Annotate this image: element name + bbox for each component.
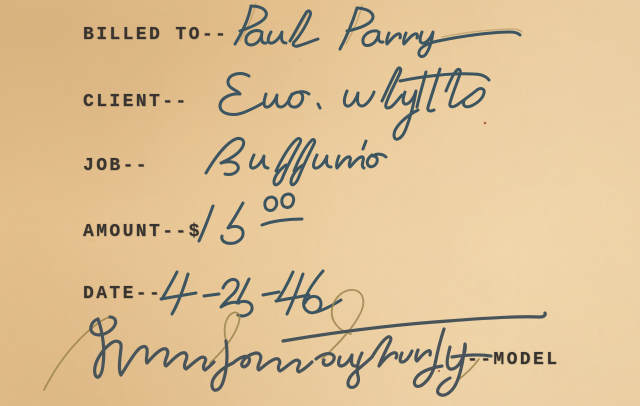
fiber-speck <box>559 199 561 201</box>
fiber-speck <box>519 89 520 90</box>
handwriting-layer <box>0 0 640 406</box>
fiber-speck <box>359 391 360 392</box>
fiber-speck <box>59 119 60 120</box>
fiber-speck <box>89 239 91 241</box>
fiber-speck <box>299 59 300 60</box>
red-speck <box>438 370 440 372</box>
red-speck <box>484 122 487 125</box>
paper-speckle-texture <box>0 0 640 406</box>
receipt-paper: BILLED TO-- CLIENT-- JOB-- AMOUNT--$ DAT… <box>0 0 640 406</box>
fiber-speck <box>159 329 160 330</box>
fiber-speck <box>599 329 600 330</box>
